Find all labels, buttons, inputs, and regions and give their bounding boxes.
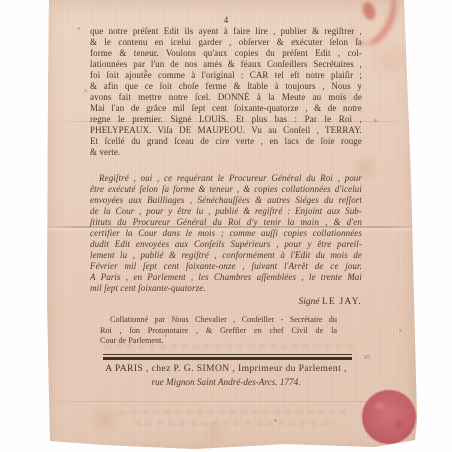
text-line: certifier la Cour dans le mois ; comme a…	[90, 228, 362, 239]
text-line: foi ſoit ajoutée comme à l'original : CA…	[90, 70, 362, 81]
text-line: de la Cour , pour y être lu , publié & r…	[90, 206, 362, 217]
text-line: lationnées par l'un de nos amés & féaux …	[90, 59, 362, 70]
imprint-publisher: A PARIS , chez P. G. SIMON , Imprimeur d…	[90, 363, 362, 374]
text-line: A Paris , en Parlement , les Chambres aſ…	[90, 272, 362, 283]
text-line: Mai l'an de grâce mil ſept cent ſoixante…	[90, 103, 362, 114]
text-line: ſtituts du Procureur Général du Roi d'y …	[90, 217, 362, 228]
ink-bleedthrough	[120, 411, 350, 414]
document-page: 4 ” que notre préſent Edit ils ayent à f…	[45, 0, 417, 452]
wax-seal	[362, 390, 416, 444]
fold-crease-bottom	[45, 401, 417, 402]
text-line: & afin que ce ſoit choſe ferme & ſtable …	[90, 81, 362, 92]
collation-note: Collationné par Nous Chevalier , Conſeil…	[100, 315, 337, 347]
margin-mark: ”	[77, 26, 81, 35]
ink-bleedthrough	[135, 422, 335, 425]
signature-name: LE JAY.	[322, 297, 362, 307]
text-line: regne le premier. Signé LOUIS. Et plus b…	[90, 114, 362, 125]
text-line: Collationné par Nous Chevalier , Conſeil…	[100, 315, 337, 326]
text-line: que notre préſent Edit ils ayent à faire…	[90, 26, 362, 37]
signature-line: Signé LE JAY.	[90, 297, 378, 307]
text-line: Février mil ſept cent ſoixante-onze , ſu…	[90, 261, 362, 272]
signature-prefix: Signé	[298, 297, 321, 307]
text-line: Regiſtré , oui , ce requérant le Procure…	[90, 173, 362, 184]
text-line: envoyées aux Bailliages , Sénéchauſſées …	[90, 195, 362, 206]
text-line: lement lu , publié & regiſtré , conformé…	[90, 250, 362, 261]
body-paragraph: que notre préſent Edit ils ayent à faire…	[90, 26, 362, 158]
text-line: & verte.	[90, 147, 362, 158]
text-line: Cour de Parlement.	[100, 336, 337, 347]
text-line: Et ſcellé du grand ſceau de cire verte ,…	[90, 136, 362, 147]
text-line: avons fait mettre notre ſcel. DONNÉ à la…	[90, 92, 362, 103]
imprint-divider-rule	[103, 354, 352, 360]
text-line: forme & teneur. Voulons qu'aux copies du…	[90, 48, 362, 59]
text-line: PHELYPEAUX. Viſa DE MAUPEOU. Vu au Conſe…	[90, 125, 362, 136]
paper-specks	[45, 0, 46, 1]
page-number: 4	[90, 15, 362, 25]
text-line: dudit Edit envoyées aux Conſeils Supérie…	[90, 239, 362, 250]
text-line: Roi , ſon Protonotaire , & Greffier en c…	[100, 326, 337, 337]
imprint-address-year: rue Mignon Saint André-des-Arcs. 1774.	[90, 377, 362, 387]
registration-paragraph: Regiſtré , oui , ce requérant le Procure…	[90, 173, 362, 294]
text-line: & le contenu en icelui garder , obſerver…	[90, 37, 362, 48]
text-line: être exécuté ſelon ſa forme & teneur , &…	[90, 184, 362, 195]
handwritten-margin-note: 45	[364, 355, 371, 362]
text-line: mil ſept cent ſoixante-quatorze.	[90, 283, 362, 294]
